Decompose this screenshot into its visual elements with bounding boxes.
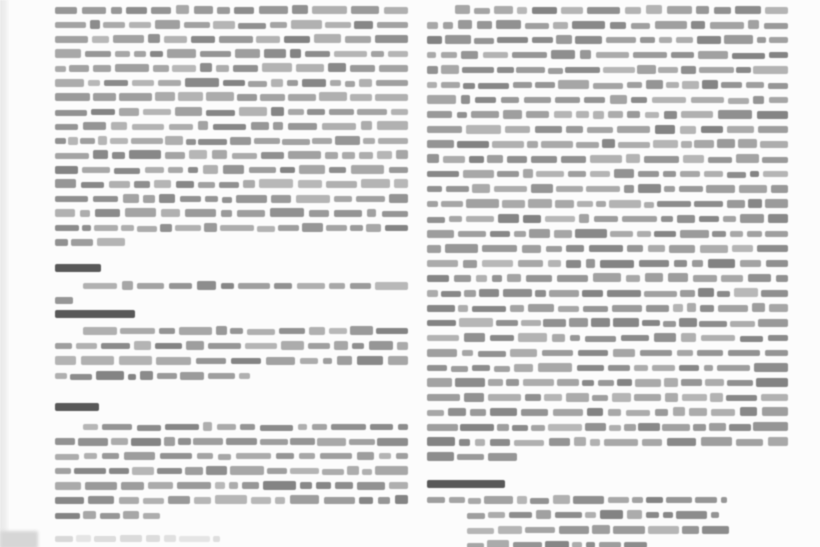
word-blob: [497, 171, 519, 178]
word-blob: [740, 260, 761, 267]
word-blob: [545, 216, 575, 223]
word-blob: [467, 513, 485, 519]
word-blob: [349, 439, 375, 445]
text-line: [55, 148, 408, 163]
scanned-document-page: [0, 0, 820, 547]
word-blob: [748, 274, 771, 282]
word-blob: [518, 333, 547, 342]
word-blob: [334, 341, 347, 350]
word-blob: [768, 83, 788, 89]
word-blob: [691, 21, 705, 29]
word-blob: [667, 438, 697, 446]
word-blob: [696, 6, 709, 14]
word-blob: [626, 154, 640, 163]
word-blob: [728, 350, 760, 357]
word-blob: [706, 185, 735, 193]
word-blob: [357, 109, 387, 116]
word-blob: [727, 200, 746, 208]
word-blob: [496, 20, 520, 29]
word-blob: [717, 139, 735, 148]
word-blob: [82, 7, 106, 14]
word-blob: [351, 165, 385, 174]
word-blob: [307, 109, 324, 116]
word-blob: [477, 21, 492, 29]
word-blob: [750, 171, 759, 178]
word-blob: [325, 22, 350, 29]
text-line: [83, 279, 408, 294]
word-blob: [458, 231, 486, 238]
word-blob: [753, 422, 788, 431]
word-blob: [120, 535, 142, 542]
word-blob: [297, 283, 325, 290]
word-blob: [275, 497, 285, 504]
word-blob: [236, 453, 271, 460]
word-blob: [155, 20, 181, 29]
word-blob: [288, 109, 304, 116]
word-blob: [71, 239, 93, 246]
word-blob: [216, 326, 227, 335]
word-blob: [161, 209, 180, 217]
text-line: [83, 324, 408, 339]
word-blob: [765, 350, 788, 357]
word-blob: [610, 231, 633, 238]
word-blob: [312, 138, 332, 145]
word-blob: [113, 35, 145, 43]
word-blob: [427, 349, 457, 357]
word-blob: [593, 111, 603, 119]
text-line: [427, 77, 788, 92]
word-blob: [292, 5, 308, 14]
word-blob: [143, 109, 171, 116]
word-blob: [640, 350, 672, 357]
word-blob: [55, 36, 88, 43]
word-blob: [693, 424, 707, 431]
word-blob: [557, 379, 578, 386]
word-blob: [248, 81, 267, 87]
word-blob: [507, 274, 521, 282]
word-blob: [627, 82, 642, 89]
text-line: [427, 182, 788, 197]
word-blob: [625, 7, 641, 14]
word-blob: [119, 108, 140, 116]
word-blob: [637, 65, 655, 74]
word-blob: [391, 109, 408, 116]
word-blob: [165, 152, 184, 159]
word-blob: [593, 273, 621, 282]
word-blob: [359, 497, 373, 504]
word-blob: [776, 275, 788, 282]
word-blob: [603, 67, 635, 74]
word-blob: [208, 343, 240, 350]
word-blob: [578, 350, 608, 357]
word-blob: [220, 225, 254, 232]
word-blob: [732, 53, 765, 59]
word-blob: [758, 126, 788, 133]
word-blob: [121, 482, 144, 490]
word-blob: [664, 111, 677, 119]
word-blob: [763, 171, 788, 178]
word-blob: [710, 393, 722, 402]
text-line: [427, 405, 788, 420]
word-blob: [55, 79, 84, 87]
word-blob: [727, 172, 746, 178]
word-blob: [529, 229, 550, 238]
text-line: [427, 420, 788, 435]
word-blob: [143, 195, 155, 203]
word-blob: [159, 328, 176, 335]
page-left-edge-shadow: [0, 0, 9, 547]
word-blob: [558, 80, 589, 89]
word-blob: [542, 350, 574, 357]
word-blob: [454, 275, 471, 282]
word-blob: [85, 51, 111, 58]
word-blob: [739, 185, 767, 193]
word-blob: [281, 341, 304, 350]
word-blob: [314, 34, 342, 43]
word-blob: [427, 201, 438, 208]
word-blob: [396, 150, 407, 159]
word-blob: [740, 214, 764, 223]
word-blob: [110, 138, 129, 145]
word-blob: [482, 245, 517, 252]
word-blob: [427, 437, 455, 446]
word-blob: [757, 37, 766, 44]
word-blob: [681, 111, 713, 118]
text-line: [55, 134, 408, 149]
word-blob: [98, 136, 107, 145]
word-blob: [566, 393, 589, 402]
word-blob: [697, 36, 721, 44]
word-blob: [561, 7, 583, 14]
word-blob: [762, 157, 788, 163]
text-line: [427, 301, 788, 316]
word-blob: [239, 373, 250, 380]
word-blob: [753, 96, 764, 104]
word-blob: [80, 210, 90, 217]
word-blob: [509, 512, 533, 519]
word-blob: [700, 305, 714, 312]
word-blob: [312, 6, 346, 14]
word-blob: [502, 200, 525, 208]
word-blob: [555, 512, 582, 519]
conclusion-paragraph: [55, 279, 408, 308]
text-line: [427, 345, 788, 360]
word-blob: [535, 82, 554, 89]
word-blob: [69, 65, 89, 72]
word-blob: [176, 181, 194, 188]
acknowledgement-heading: [55, 310, 135, 318]
word-blob: [575, 36, 602, 44]
word-blob: [55, 7, 77, 14]
word-blob: [119, 356, 152, 365]
word-blob: [528, 304, 554, 312]
word-blob: [309, 210, 329, 217]
word-blob: [123, 194, 139, 203]
word-blob: [179, 536, 209, 542]
word-blob: [462, 67, 495, 74]
word-blob: [705, 379, 724, 386]
word-blob: [312, 424, 327, 431]
word-blob: [575, 229, 607, 238]
word-blob: [217, 7, 229, 14]
word-blob: [234, 7, 254, 14]
word-blob: [457, 112, 467, 118]
word-blob: [302, 79, 326, 87]
word-blob: [726, 395, 757, 401]
word-blob: [143, 498, 163, 504]
word-blob: [498, 526, 522, 534]
word-blob: [503, 110, 522, 119]
word-blob: [608, 497, 629, 504]
text-line: [427, 360, 788, 375]
word-blob: [132, 467, 154, 475]
word-blob: [521, 320, 541, 327]
word-blob: [104, 80, 128, 87]
word-blob: [676, 37, 694, 44]
word-blob: [363, 138, 375, 145]
word-blob: [573, 496, 604, 504]
word-blob: [525, 527, 555, 534]
word-blob: [329, 167, 346, 174]
word-blob: [757, 111, 788, 119]
word-blob: [375, 94, 408, 101]
word-blob: [476, 275, 487, 282]
word-blob: [427, 424, 458, 431]
cut-off-bottom-line: [55, 531, 408, 545]
word-blob: [701, 126, 723, 133]
word-blob: [633, 52, 667, 59]
word-blob: [510, 349, 536, 357]
word-blob: [765, 231, 788, 238]
word-blob: [503, 289, 533, 297]
word-blob: [427, 154, 439, 163]
word-blob: [732, 245, 752, 252]
word-blob: [290, 495, 320, 504]
word-blob: [582, 380, 595, 386]
discussion-body-paragraph: [55, 3, 408, 250]
text-line: [55, 478, 408, 493]
word-blob: [677, 350, 693, 357]
word-blob: [322, 469, 344, 475]
word-blob: [376, 80, 408, 87]
word-blob: [427, 245, 441, 253]
word-blob: [334, 196, 352, 203]
word-blob: [585, 512, 596, 519]
word-blob: [514, 231, 526, 238]
word-blob: [591, 318, 611, 327]
word-blob: [666, 497, 692, 504]
word-blob: [345, 36, 371, 43]
word-blob: [546, 246, 562, 252]
word-blob: [329, 283, 345, 290]
word-blob: [472, 184, 490, 193]
word-blob: [145, 167, 164, 174]
word-blob: [586, 186, 620, 193]
word-blob: [55, 438, 75, 445]
word-blob: [638, 184, 661, 193]
word-blob: [427, 410, 444, 416]
word-blob: [273, 122, 282, 130]
word-blob: [169, 124, 193, 130]
word-blob: [359, 79, 372, 87]
word-blob: [514, 440, 544, 446]
word-blob: [146, 535, 160, 542]
word-blob: [736, 439, 763, 446]
word-blob: [55, 225, 79, 232]
word-blob: [572, 542, 582, 547]
word-blob: [94, 536, 116, 542]
word-blob: [185, 209, 215, 217]
word-blob: [553, 495, 570, 504]
word-blob: [125, 208, 156, 217]
word-blob: [198, 121, 209, 130]
word-blob: [462, 350, 473, 357]
word-blob: [506, 379, 520, 386]
word-blob: [638, 423, 659, 431]
word-blob: [129, 150, 161, 159]
text-line: [55, 3, 408, 18]
word-blob: [569, 318, 589, 327]
word-blob: [259, 6, 288, 14]
word-blob: [259, 179, 293, 188]
word-blob: [701, 335, 736, 342]
word-blob: [490, 335, 513, 342]
word-blob: [536, 510, 552, 519]
word-blob: [76, 343, 97, 350]
word-blob: [494, 366, 510, 372]
word-blob: [592, 395, 608, 401]
word-blob: [663, 512, 673, 519]
word-blob: [646, 80, 663, 89]
text-line: [55, 192, 408, 207]
word-blob: [398, 424, 408, 431]
word-blob: [554, 230, 572, 238]
word-blob: [95, 209, 120, 217]
word-blob: [177, 482, 211, 489]
text-line: [55, 61, 408, 76]
word-blob: [718, 110, 753, 119]
word-blob: [679, 318, 697, 327]
word-blob: [361, 179, 390, 188]
word-blob: [85, 482, 117, 490]
word-blob: [378, 138, 408, 145]
word-blob: [260, 425, 294, 431]
word-blob: [274, 283, 292, 290]
word-blob: [735, 6, 760, 14]
word-blob: [159, 194, 175, 203]
word-blob: [238, 23, 266, 29]
word-blob: [721, 82, 742, 89]
word-blob: [664, 186, 675, 193]
word-blob: [427, 230, 454, 238]
word-blob: [298, 180, 322, 188]
word-blob: [382, 211, 408, 217]
word-blob: [249, 167, 276, 174]
word-blob: [197, 281, 216, 290]
word-blob: [165, 136, 183, 145]
word-blob: [208, 373, 235, 380]
word-blob: [375, 466, 408, 475]
word-blob: [608, 365, 630, 372]
word-blob: [488, 453, 517, 461]
word-blob: [427, 365, 447, 372]
word-blob: [326, 225, 347, 232]
word-blob: [335, 482, 353, 489]
recommendations-heading: [55, 403, 99, 411]
word-blob: [765, 7, 788, 14]
word-blob: [94, 225, 117, 232]
references-heading: [427, 480, 788, 488]
word-blob: [427, 140, 454, 148]
word-blob: [375, 35, 408, 43]
word-blob: [91, 109, 115, 116]
word-blob: [682, 394, 707, 401]
word-blob: [475, 97, 496, 104]
word-blob: [600, 260, 634, 268]
word-blob: [669, 245, 695, 253]
word-blob: [371, 51, 384, 58]
word-blob: [200, 63, 212, 72]
word-blob: [553, 22, 567, 29]
word-blob: [169, 283, 193, 290]
word-blob: [769, 37, 788, 44]
word-blob: [609, 425, 621, 431]
word-blob: [516, 67, 545, 74]
word-blob: [618, 142, 650, 148]
word-blob: [280, 167, 295, 174]
word-blob: [367, 209, 376, 217]
word-blob: [613, 349, 635, 357]
word-blob: [640, 37, 655, 44]
word-blob: [83, 327, 117, 335]
word-blob: [604, 439, 637, 446]
text-line: [427, 226, 788, 241]
word-blob: [613, 526, 645, 534]
word-blob: [614, 169, 634, 178]
word-blob: [83, 511, 96, 519]
word-blob: [610, 95, 627, 104]
word-blob: [302, 223, 322, 232]
word-blob: [55, 138, 66, 145]
word-blob: [156, 357, 191, 365]
word-blob: [155, 92, 175, 101]
word-blob: [83, 283, 117, 290]
word-blob: [736, 154, 759, 163]
word-blob: [55, 196, 88, 203]
word-blob: [397, 342, 408, 350]
word-blob: [652, 365, 675, 372]
word-blob: [157, 468, 182, 475]
word-blob: [160, 224, 172, 232]
word-blob: [330, 80, 341, 87]
word-blob: [102, 424, 133, 431]
word-blob: [585, 423, 606, 431]
word-blob: [175, 107, 203, 116]
word-blob: [663, 171, 676, 178]
word-blob: [218, 454, 231, 460]
word-blob: [114, 168, 140, 174]
word-blob: [206, 110, 235, 116]
word-blob: [347, 466, 359, 475]
word-blob: [468, 498, 481, 504]
word-blob: [55, 513, 80, 519]
word-blob: [186, 139, 196, 145]
word-blob: [441, 201, 462, 208]
word-blob: [608, 409, 622, 416]
word-blob: [701, 437, 732, 446]
word-blob: [460, 424, 494, 431]
word-blob: [463, 83, 475, 89]
